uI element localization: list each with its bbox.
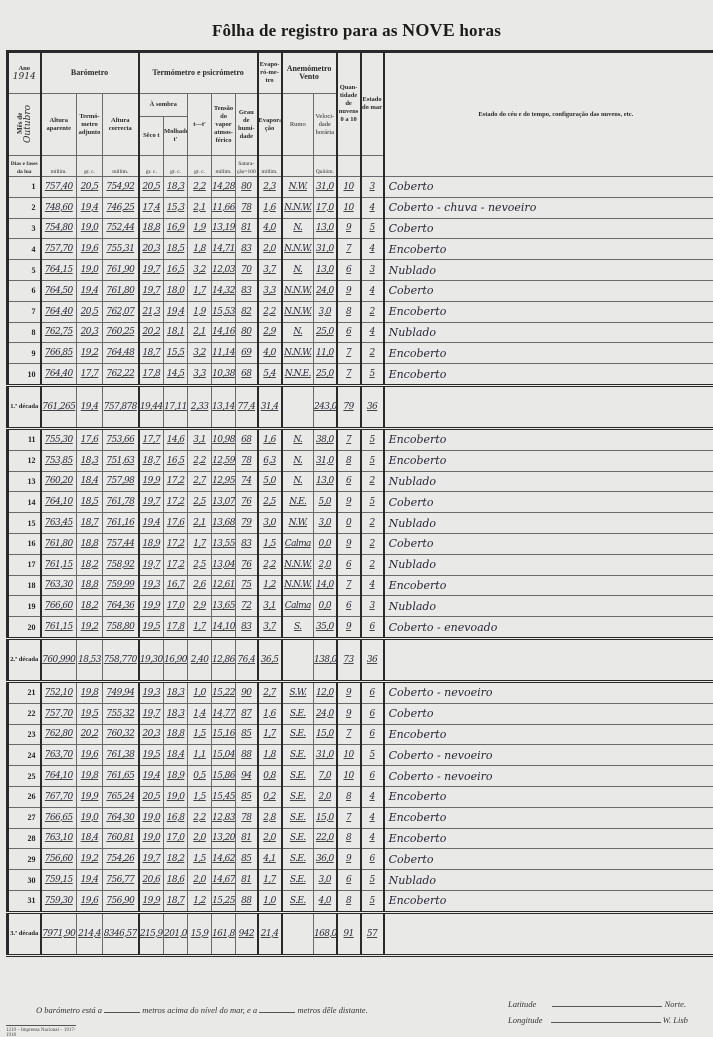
day-number: 23 — [8, 724, 41, 745]
sky-remark-cell: Coberto — [384, 492, 713, 513]
evaporacao-cell: 1,8 — [258, 745, 282, 766]
temp-seco-cell: 19,5 — [139, 745, 164, 766]
evaporacao-cell: 6,3 — [258, 450, 282, 471]
evaporacao-cell: 2,9 — [258, 322, 282, 343]
nuvens-header: Quan-tidade de nuvens 0 a 10 — [337, 52, 361, 156]
vento-rumo-cell: N. — [282, 260, 314, 281]
day-number: 22 — [8, 703, 41, 724]
grau-humidade-cell: 78 — [236, 450, 258, 471]
table-row: 17761,1518,2758,9219,717,22,513,04762,2N… — [8, 554, 713, 575]
temp-molhado-cell: 18,0 — [164, 280, 188, 301]
vento-rumo-cell: N.N.W. — [282, 197, 314, 218]
decade-label: 2.ª década — [8, 638, 41, 681]
altitude-blank[interactable] — [104, 1012, 140, 1013]
estado-mar-cell: 36 — [361, 638, 384, 681]
temp-molhado-cell: 16,90 — [164, 638, 188, 681]
sky-remark-cell: Encoberto — [384, 786, 713, 807]
estado-mar-cell: 2 — [361, 554, 384, 575]
day-number: 27 — [8, 807, 41, 828]
table-row: 10764,4017,7762,2217,814,53,310,38685,4N… — [8, 364, 713, 386]
altura-correcta-cell: 757,878 — [103, 385, 139, 428]
tensao-vapor-cell: 14,67 — [212, 870, 236, 891]
altura-aparente-cell: 760,20 — [41, 471, 77, 492]
dias-header: Dias e fases da lua — [8, 156, 41, 177]
temp-molhado-cell: 16,9 — [164, 218, 188, 239]
termometro-adjunto-cell: 19,4 — [77, 280, 103, 301]
vento-velocidade-cell: 25,0 — [314, 364, 337, 386]
altura-aparente-cell: 763,45 — [41, 513, 77, 534]
estado-mar-cell: 3 — [361, 260, 384, 281]
day-number: 28 — [8, 828, 41, 849]
vento-rumo-cell: N.E. — [282, 492, 314, 513]
estado-mar-cell: 2 — [361, 301, 384, 322]
estado-mar-cell: 4 — [361, 575, 384, 596]
evaporacao-cell: 2,3 — [258, 177, 282, 198]
vento-velocidade-cell: 2,0 — [314, 786, 337, 807]
evaporacao-cell: 1,6 — [258, 703, 282, 724]
altura-aparente-header: Altura aparente — [41, 94, 77, 156]
sky-remark-cell: Coberto - nevoeiro — [384, 745, 713, 766]
mar-header: Estado do mar — [361, 52, 384, 156]
longitude-suffix: W. Lisb — [663, 1015, 688, 1025]
tensao-vapor-cell: 15,53 — [212, 301, 236, 322]
vento-rumo-cell: N.N.W. — [282, 554, 314, 575]
tensao-vapor-cell: 12,95 — [212, 471, 236, 492]
temp-seco-cell: 19,4 — [139, 513, 164, 534]
t-diff-cell: 1,5 — [188, 786, 212, 807]
grau-humidade-cell: 88 — [236, 745, 258, 766]
termometro-adjunto-cell: 20,2 — [77, 724, 103, 745]
temp-seco-cell: 21,3 — [139, 301, 164, 322]
latitude-suffix: Norte. — [665, 999, 687, 1009]
tensao-vapor-cell: 13,07 — [212, 492, 236, 513]
table-row: 24763,7019,6761,3819,518,41,115,04881,8S… — [8, 745, 713, 766]
table-row: 23762,8020,2760,3220,318,81,515,16851,7S… — [8, 724, 713, 745]
sky-remark-cell: Encoberto — [384, 724, 713, 745]
vento-rumo-cell: Calma — [282, 596, 314, 617]
temp-molhado-cell: 17,0 — [164, 828, 188, 849]
grau-humidade-cell: 94 — [236, 766, 258, 787]
grau-humidade-cell: 78 — [236, 807, 258, 828]
tensao-vapor-cell: 12,61 — [212, 575, 236, 596]
temp-molhado-cell: 201,0 — [164, 912, 188, 955]
altura-correcta-cell: 757,98 — [103, 471, 139, 492]
t-diff-cell: 2,7 — [188, 471, 212, 492]
estado-mar-cell: 57 — [361, 912, 384, 955]
evaporacao-cell: 0,2 — [258, 786, 282, 807]
sky-remark-cell: Nublado — [384, 260, 713, 281]
unit-millim: millim. — [103, 156, 139, 177]
altura-correcta-cell: 760,25 — [103, 322, 139, 343]
evaporacao-cell: 1,7 — [258, 870, 282, 891]
day-number: 17 — [8, 554, 41, 575]
evaporacao-cell: 3,7 — [258, 260, 282, 281]
termometro-adjunto-cell: 19,4 — [77, 385, 103, 428]
nuvens-cell: 7 — [337, 343, 361, 364]
t-diff-cell: 3,2 — [188, 260, 212, 281]
evaporacao-cell: 1,6 — [258, 428, 282, 450]
termometro-adjunto-cell: 19,4 — [77, 197, 103, 218]
nuvens-cell: 8 — [337, 786, 361, 807]
termometro-adjunto-cell: 19,0 — [77, 260, 103, 281]
temp-molhado-cell: 17,8 — [164, 617, 188, 639]
vento-velocidade-cell: 3,0 — [314, 870, 337, 891]
temp-molhado-cell: 18,2 — [164, 849, 188, 870]
table-row: 11755,3017,6753,6617,714,63,110,98681,6N… — [8, 428, 713, 450]
grau-humidade-cell: 78 — [236, 197, 258, 218]
grau-humidade-cell: 70 — [236, 260, 258, 281]
grau-humidade-cell: 77,4 — [236, 385, 258, 428]
barometro-header: Barómetro — [41, 52, 139, 94]
vento-rumo-cell — [282, 385, 314, 428]
termometro-header: Termómetro e psicrómetro — [139, 52, 258, 94]
estado-mar-cell: 5 — [361, 450, 384, 471]
table-row: 22757,7019,5755,3219,718,31,414,77871,6S… — [8, 703, 713, 724]
a-sombra-header: À sombra — [139, 94, 188, 117]
evaporacao-cell: 2,2 — [258, 301, 282, 322]
temp-molhado-cell: 15,3 — [164, 197, 188, 218]
altura-correcta-cell: 754,92 — [103, 177, 139, 198]
altura-correcta-cell: 755,31 — [103, 239, 139, 260]
evaporacao-cell: 4,0 — [258, 218, 282, 239]
vento-velocidade-cell: 31,0 — [314, 177, 337, 198]
day-number: 18 — [8, 575, 41, 596]
temp-molhado-cell: 18,4 — [164, 745, 188, 766]
altura-aparente-cell: 755,30 — [41, 428, 77, 450]
day-number: 10 — [8, 364, 41, 386]
unit-quilom: Quilóm. — [314, 156, 337, 177]
unit-grc: gr. c. — [188, 156, 212, 177]
day-number: 2 — [8, 197, 41, 218]
termometro-adjunto-cell: 19,5 — [77, 703, 103, 724]
temp-seco-cell: 19,7 — [139, 554, 164, 575]
unit-blank — [337, 156, 361, 177]
vento-rumo-cell: S.E. — [282, 849, 314, 870]
estado-mar-cell: 2 — [361, 533, 384, 554]
evaporacao-cell: 1,6 — [258, 197, 282, 218]
day-number: 3 — [8, 218, 41, 239]
temp-seco-cell: 20,2 — [139, 322, 164, 343]
sky-remark-cell: Encoberto — [384, 450, 713, 471]
altura-correcta-cell: 753,66 — [103, 428, 139, 450]
altura-aparente-cell: 761,15 — [41, 554, 77, 575]
vento-rumo-cell: S.E. — [282, 766, 314, 787]
sky-remark-cell: Encoberto — [384, 364, 713, 386]
tensao-vapor-cell: 14,32 — [212, 280, 236, 301]
evaporacao-cell: 0,8 — [258, 766, 282, 787]
altura-aparente-cell: 759,15 — [41, 870, 77, 891]
estado-mar-cell: 5 — [361, 428, 384, 450]
day-number: 14 — [8, 492, 41, 513]
evaporacao-cell: 31,4 — [258, 385, 282, 428]
altura-correcta-cell: 758,770 — [103, 638, 139, 681]
nuvens-cell: 6 — [337, 471, 361, 492]
temp-molhado-cell: 17,11 — [164, 385, 188, 428]
grau-humidade-cell: 85 — [236, 849, 258, 870]
estado-ceu-header: Estado do céu e do tempo, configuração d… — [384, 52, 713, 177]
t-diff-cell: 3,1 — [188, 428, 212, 450]
table-row: 25764,1019,8761,6519,418,90,515,86940,8S… — [8, 766, 713, 787]
nuvens-cell: 10 — [337, 766, 361, 787]
t-diff-cell: 2,2 — [188, 450, 212, 471]
altura-aparente-cell: 764,10 — [41, 766, 77, 787]
vento-rumo-cell: N.N.W. — [282, 301, 314, 322]
grau-humidade-cell: 75 — [236, 575, 258, 596]
temp-seco-cell: 18,7 — [139, 450, 164, 471]
evaporometro-header: Evapo-ró-me-tro — [258, 52, 282, 94]
altura-aparente-cell: 761,80 — [41, 533, 77, 554]
altura-aparente-cell: 763,30 — [41, 575, 77, 596]
termometro-adjunto-cell: 19,2 — [77, 849, 103, 870]
grau-humidade-cell: 81 — [236, 828, 258, 849]
vento-velocidade-cell: 7,0 — [314, 766, 337, 787]
grau-humidade-cell: 68 — [236, 428, 258, 450]
t-diff-cell: 2,2 — [188, 807, 212, 828]
estado-mar-cell: 4 — [361, 280, 384, 301]
altura-aparente-cell: 763,10 — [41, 828, 77, 849]
day-number: 19 — [8, 596, 41, 617]
temp-molhado-cell: 18,8 — [164, 724, 188, 745]
estado-mar-cell: 2 — [361, 471, 384, 492]
sky-remark-cell: Encoberto — [384, 807, 713, 828]
altura-correcta-cell: 764,48 — [103, 343, 139, 364]
temp-seco-cell: 19,4 — [139, 766, 164, 787]
day-number: 30 — [8, 870, 41, 891]
table-row: 3754,8019,0752,4418,816,91,913,19814,0N.… — [8, 218, 713, 239]
sky-remark-cell: Encoberto — [384, 575, 713, 596]
altura-aparente-cell: 757,70 — [41, 703, 77, 724]
grau-humidade-cell: 83 — [236, 280, 258, 301]
vento-velocidade-cell: 168,0 — [314, 912, 337, 955]
evaporacao-cell: 5,0 — [258, 471, 282, 492]
table-row: 14764,1018,5761,7819,717,22,513,07762,5N… — [8, 492, 713, 513]
temp-molhado-cell: 19,0 — [164, 786, 188, 807]
nuvens-cell: 7 — [337, 428, 361, 450]
termometro-adjunto-cell: 17,7 — [77, 364, 103, 386]
vento-velocidade-cell: 31,0 — [314, 745, 337, 766]
termometro-adjunto-cell: 19,8 — [77, 766, 103, 787]
vento-rumo-cell: S.E. — [282, 786, 314, 807]
altura-correcta-cell: 751,63 — [103, 450, 139, 471]
vento-rumo-cell: S.E. — [282, 745, 314, 766]
tensao-vapor-cell: 15,45 — [212, 786, 236, 807]
altura-correcta-header: Altura correcta — [103, 94, 139, 156]
sky-remark-cell: Coberto - nevoeiro — [384, 766, 713, 787]
vento-velocidade-cell: 13,0 — [314, 218, 337, 239]
temp-seco-cell: 215,9 — [139, 912, 164, 955]
t-diff-cell: 1,5 — [188, 849, 212, 870]
temp-seco-cell: 19,3 — [139, 681, 164, 703]
day-number: 16 — [8, 533, 41, 554]
temp-molhado-cell: 18,9 — [164, 766, 188, 787]
tensao-vapor-cell: 14,28 — [212, 177, 236, 198]
termometro-adjunto-cell: 214,4 — [77, 912, 103, 955]
nuvens-cell: 8 — [337, 890, 361, 912]
vento-rumo-cell — [282, 638, 314, 681]
altura-aparente-cell: 754,80 — [41, 218, 77, 239]
estado-mar-cell: 2 — [361, 343, 384, 364]
vento-velocidade-cell: 31,0 — [314, 450, 337, 471]
table-row: 21752,1019,8749,9419,318,31,015,22902,7S… — [8, 681, 713, 703]
vento-rumo-cell: N. — [282, 428, 314, 450]
sky-remark-cell: Nublado — [384, 322, 713, 343]
grau-humidade-cell: 81 — [236, 218, 258, 239]
termometro-adjunto-cell: 20,5 — [77, 301, 103, 322]
title-suffix: horas — [459, 21, 501, 40]
altura-aparente-cell: 752,10 — [41, 681, 77, 703]
day-number: 20 — [8, 617, 41, 639]
altura-correcta-cell: 761,65 — [103, 766, 139, 787]
tensao-vapor-cell: 10,98 — [212, 428, 236, 450]
estado-mar-cell: 4 — [361, 322, 384, 343]
t-diff-cell: 1,7 — [188, 280, 212, 301]
table-row: 7764,4020,5762,0721,319,41,915,53822,2N.… — [8, 301, 713, 322]
temp-molhado-cell: 17,2 — [164, 554, 188, 575]
grau-humidade-cell: 76 — [236, 554, 258, 575]
evaporacao-cell: 3,3 — [258, 280, 282, 301]
unit-millim: millim. — [258, 156, 282, 177]
sky-remark-cell: Coberto — [384, 533, 713, 554]
t-diff-cell: 3,2 — [188, 343, 212, 364]
vento-velocidade-cell: 4,0 — [314, 890, 337, 912]
altura-aparente-cell: 764,40 — [41, 364, 77, 386]
day-number: 29 — [8, 849, 41, 870]
temp-seco-cell: 20,5 — [139, 786, 164, 807]
t-diff-cell: 2,0 — [188, 870, 212, 891]
register-table: Ano 1914 Barómetro Termómetro e psicróme… — [6, 50, 713, 957]
termometro-adjunto-cell: 18,7 — [77, 513, 103, 534]
sky-remark-cell: Coberto — [384, 280, 713, 301]
nuvens-cell: 79 — [337, 385, 361, 428]
grau-humidade-cell: 85 — [236, 724, 258, 745]
sky-remark-cell — [384, 638, 713, 681]
altura-correcta-cell: 762,22 — [103, 364, 139, 386]
day-number: 21 — [8, 681, 41, 703]
vento-rumo-cell: S. — [282, 617, 314, 639]
altura-aparente-cell: 756,60 — [41, 849, 77, 870]
evaporacao-cell: 1,2 — [258, 575, 282, 596]
temp-seco-cell: 17,4 — [139, 197, 164, 218]
evaporacao-cell: 1,7 — [258, 724, 282, 745]
day-number: 8 — [8, 322, 41, 343]
estado-mar-cell: 5 — [361, 218, 384, 239]
nuvens-cell: 9 — [337, 617, 361, 639]
temp-molhado-cell: 18,7 — [164, 890, 188, 912]
temp-molhado-cell: 17,2 — [164, 471, 188, 492]
t-diff-cell: 2,33 — [188, 385, 212, 428]
estado-mar-cell: 6 — [361, 617, 384, 639]
tensao-vapor-cell: 12,59 — [212, 450, 236, 471]
temp-seco-cell: 19,3 — [139, 575, 164, 596]
termometro-adjunto-cell: 20,3 — [77, 322, 103, 343]
temp-molhado-cell: 18,3 — [164, 703, 188, 724]
vento-rumo-cell: N. — [282, 218, 314, 239]
table-row: 16761,8018,8757,4418,917,21,713,55831,5C… — [8, 533, 713, 554]
day-number: 11 — [8, 428, 41, 450]
vento-velocidade-cell: 17,0 — [314, 197, 337, 218]
sky-remark-cell: Coberto - nevoeiro — [384, 681, 713, 703]
evaporacao-cell: 5,4 — [258, 364, 282, 386]
estado-mar-cell: 4 — [361, 807, 384, 828]
vento-velocidade-cell: 13,0 — [314, 471, 337, 492]
altura-correcta-cell: 756,77 — [103, 870, 139, 891]
vento-rumo-cell: Calma — [282, 533, 314, 554]
vento-velocidade-cell: 35,0 — [314, 617, 337, 639]
tensao-header: Tensão do vapor atmos-férico — [212, 94, 236, 156]
table-row: 19766,6018,2764,3619,917,02,913,65723,1C… — [8, 596, 713, 617]
table-row: 20761,1519,2758,8019,517,81,714,10833,7S… — [8, 617, 713, 639]
vento-velocidade-cell: 2,0 — [314, 554, 337, 575]
temp-seco-cell: 20,6 — [139, 870, 164, 891]
altura-aparente-cell: 762,80 — [41, 724, 77, 745]
termometro-adjunto-cell: 19,4 — [77, 870, 103, 891]
altura-aparente-cell: 766,65 — [41, 807, 77, 828]
altura-correcta-cell: 756,90 — [103, 890, 139, 912]
vento-rumo-cell: N. — [282, 471, 314, 492]
day-number: 13 — [8, 471, 41, 492]
latitude-blank[interactable] — [552, 1006, 662, 1007]
coordinates: Latitude Norte. Longitude W. Lisb — [508, 996, 688, 1028]
t-diff-cell: 1,8 — [188, 239, 212, 260]
sky-remark-cell: Encoberto — [384, 239, 713, 260]
grau-humidade-cell: 76,4 — [236, 638, 258, 681]
title-prefix: Fôlha de registro para as — [212, 21, 398, 40]
distance-blank[interactable] — [259, 1012, 295, 1013]
altura-correcta-cell: 759,99 — [103, 575, 139, 596]
day-number: 24 — [8, 745, 41, 766]
altura-correcta-cell: 760,81 — [103, 828, 139, 849]
estado-mar-cell: 5 — [361, 492, 384, 513]
tensao-vapor-cell: 12,864 — [212, 638, 236, 681]
vento-velocidade-cell: 138,0 — [314, 638, 337, 681]
evaporacao-header: Evapora-ção — [258, 94, 282, 156]
tensao-vapor-cell: 13,65 — [212, 596, 236, 617]
temp-seco-cell: 19,7 — [139, 260, 164, 281]
tensao-vapor-cell: 11,14 — [212, 343, 236, 364]
t-diff-cell: 3,3 — [188, 364, 212, 386]
vento-velocidade-cell: 0,0 — [314, 596, 337, 617]
altura-aparente-cell: 7971,90 — [41, 912, 77, 955]
temp-molhado-cell: 17,0 — [164, 596, 188, 617]
vento-velocidade-cell: 22,0 — [314, 828, 337, 849]
table-row: 18763,3018,8759,9919,316,72,612,61751,2N… — [8, 575, 713, 596]
sky-remark-cell: Nublado — [384, 870, 713, 891]
vento-rumo-cell: N.N.W. — [282, 575, 314, 596]
evaporacao-cell: 2,5 — [258, 492, 282, 513]
table-row: 29756,6019,2754,2619,718,21,514,62854,1S… — [8, 849, 713, 870]
sky-remark-cell: Coberto — [384, 218, 713, 239]
unit-saturacao: Satura-ção=100 — [236, 156, 258, 177]
termometro-adjunto-cell: 19,9 — [77, 786, 103, 807]
tensao-vapor-cell: 14,16 — [212, 322, 236, 343]
nuvens-cell: 9 — [337, 533, 361, 554]
t-diff-cell: 1,5 — [188, 724, 212, 745]
altura-aparente-cell: 762,75 — [41, 322, 77, 343]
nuvens-cell: 7 — [337, 807, 361, 828]
day-number: 31 — [8, 890, 41, 912]
nuvens-cell: 73 — [337, 638, 361, 681]
table-row: 31759,3019,6756,9019,918,71,215,25881,0S… — [8, 890, 713, 912]
estado-mar-cell: 4 — [361, 786, 384, 807]
longitude-blank[interactable] — [551, 1022, 661, 1023]
altura-correcta-cell: 760,32 — [103, 724, 139, 745]
tensao-vapor-cell: 13,19 — [212, 218, 236, 239]
decade-summary-row: 1.ª década761,26519,4757,87819,4417,112,… — [8, 385, 713, 428]
temp-seco-cell: 19,44 — [139, 385, 164, 428]
evaporacao-cell: 3,1 — [258, 596, 282, 617]
t-diff-cell: 1,1 — [188, 745, 212, 766]
grau-humidade-cell: 79 — [236, 513, 258, 534]
